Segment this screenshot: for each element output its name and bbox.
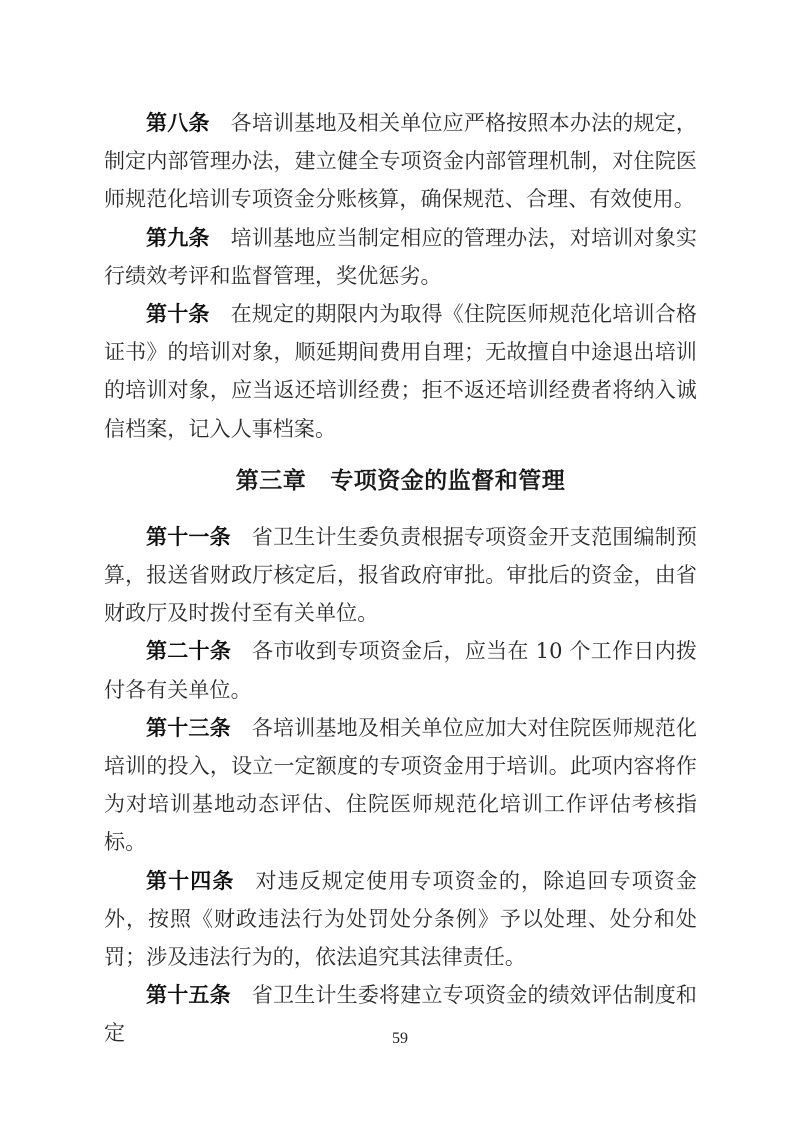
article-8: 第八条各培训基地及相关单位应严格按照本办法的规定，制定内部管理办法，建立健全专项… (104, 104, 697, 219)
chapter-heading: 第三章专项资金的监督和管理 (104, 462, 697, 500)
article-label: 第十四条 (146, 869, 235, 893)
article-label: 第九条 (146, 226, 210, 250)
article-13: 第十三条各培训基地及相关单位应加大对住院医师规范化培训的投入，设立一定额度的专项… (104, 709, 697, 862)
article-10: 第十条在规定的期限内为取得《住院医师规范化培训合格证书》的培训对象，顺延期间费用… (104, 295, 697, 448)
article-20: 第二十条各市收到专项资金后，应当在 10 个工作日内拨付各有关单位。 (104, 632, 697, 708)
article-14: 第十四条对违反规定使用专项资金的，除追回专项资金外，按照《财政违法行为处罚处分条… (104, 862, 697, 977)
article-label: 第八条 (146, 111, 210, 135)
article-label: 第十五条 (146, 983, 231, 1007)
article-label: 第二十条 (146, 639, 231, 663)
chapter-number: 第三章 (236, 468, 307, 494)
article-11: 第十一条省卫生计生委负责根据专项资金开支范围编制预算，报送省财政厅核定后，报省政… (104, 518, 697, 633)
article-label: 第十三条 (146, 716, 231, 740)
article-9: 第九条培训基地应当制定相应的管理办法，对培训对象实行绩效考评和监督管理，奖优惩劣… (104, 219, 697, 295)
document-page: 第八条各培训基地及相关单位应严格按照本办法的规定，制定内部管理办法，建立健全专项… (104, 104, 697, 1053)
article-label: 第十条 (146, 302, 210, 326)
article-label: 第十一条 (146, 525, 231, 549)
chapter-title: 专项资金的监督和管理 (330, 468, 565, 494)
page-number: 59 (0, 1030, 800, 1048)
